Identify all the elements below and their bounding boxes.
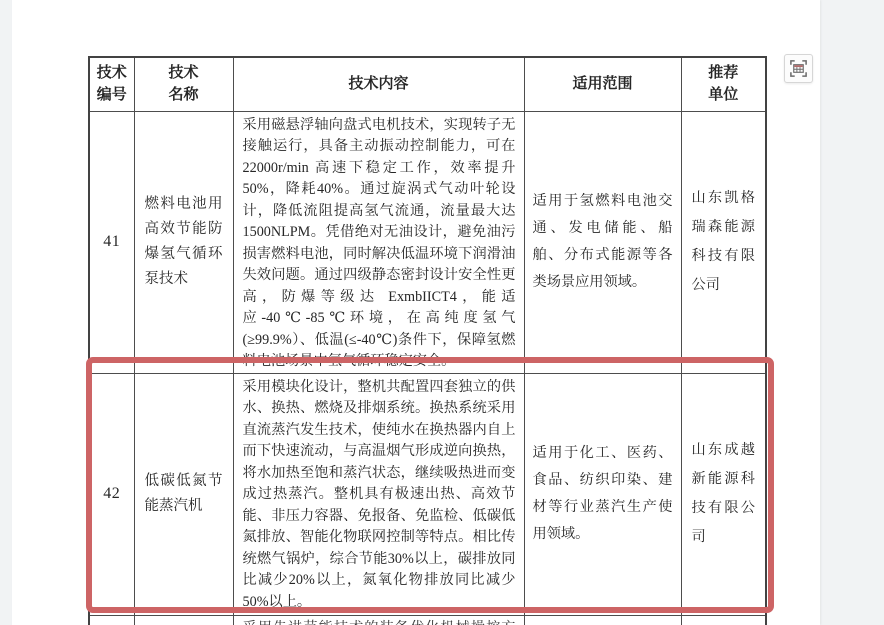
header-scope-label: 适用范围 (572, 75, 632, 92)
row-42-content: 采用模块化设计，整机共配置四套独立的供水、换热、燃烧及排烟系统。换热系统采用直流… (233, 373, 524, 615)
row-42-recommender: 山东成越新能源科技有限公司 (681, 373, 766, 615)
row-42-id: 42 (89, 373, 134, 615)
header-recommender: 推荐单位 (681, 57, 766, 111)
table-row-41: 41 燃料电池用高效节能防爆氢气循环泵技术 采用磁悬浮轴向盘式电机技术，实现转子… (89, 111, 766, 373)
table-select-glyph (789, 59, 808, 78)
technology-table: 技术编号 技术名称 技术内容 适用范围 推荐单位 41 燃料电池用高效节能防爆氢… (88, 56, 767, 625)
next-row-recommender-cell (681, 615, 766, 625)
next-row-name-cell (134, 615, 233, 625)
header-tech-name-label: 技术名称 (168, 62, 200, 106)
header-tech-id-label: 技术编号 (96, 62, 128, 106)
table-header-row: 技术编号 技术名称 技术内容 适用范围 推荐单位 (89, 57, 766, 111)
document-viewer: 技术编号 技术名称 技术内容 适用范围 推荐单位 41 燃料电池用高效节能防爆氢… (0, 0, 884, 625)
row-42-name: 低碳低氮节能蒸汽机 (134, 373, 233, 615)
row-41-name: 燃料电池用高效节能防爆氢气循环泵技术 (134, 111, 233, 373)
document-page: 技术编号 技术名称 技术内容 适用范围 推荐单位 41 燃料电池用高效节能防爆氢… (12, 0, 820, 625)
table-row-42: 42 低碳低氮节能蒸汽机 采用模块化设计，整机共配置四套独立的供水、换热、燃烧及… (89, 373, 766, 615)
header-tech-content: 技术内容 (233, 57, 524, 111)
row-41-id: 41 (89, 111, 134, 373)
row-42-scope: 适用于化工、医药、食品、纺织印染、建材等行业蒸汽生产使用领域。 (524, 373, 681, 615)
next-row-content-partial: 采用先进节能技术的装备优化机械操控方式，实现 (234, 616, 524, 625)
header-recommender-label: 推荐单位 (708, 62, 740, 106)
row-41-scope: 适用于氢燃料电池交通、发电储能、船舶、分布式能源等各类场景应用领域。 (524, 111, 681, 373)
header-tech-content-label: 技术内容 (348, 75, 408, 92)
header-scope: 适用范围 (524, 57, 681, 111)
next-row-scope-cell (524, 615, 681, 625)
next-row-content-cell: 采用先进节能技术的装备优化机械操控方式，实现 (233, 615, 524, 625)
next-row-id-cell (89, 615, 134, 625)
table-select-icon[interactable] (784, 54, 813, 83)
header-tech-name: 技术名称 (134, 57, 233, 111)
row-41-content: 采用磁悬浮轴向盘式电机技术，实现转子无接触运行，具备主动振动控制能力，可在220… (233, 111, 524, 373)
table-row-next-partial: 采用先进节能技术的装备优化机械操控方式，实现 (89, 615, 766, 625)
row-41-recommender: 山东凯格瑞森能源科技有限公司 (681, 111, 766, 373)
header-tech-id: 技术编号 (89, 57, 134, 111)
